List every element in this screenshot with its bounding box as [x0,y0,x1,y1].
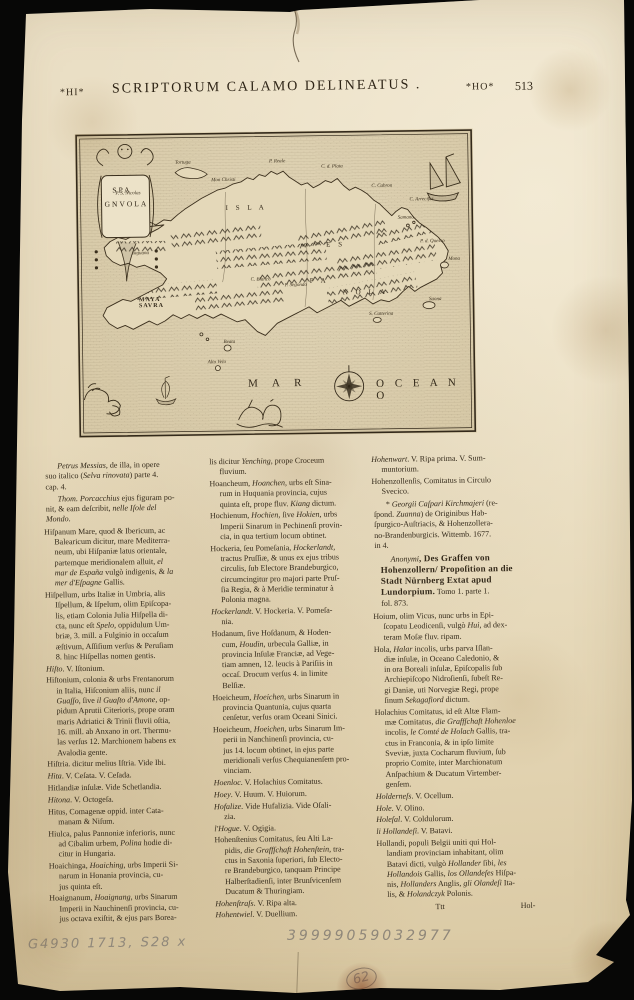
map-label-mar: M A R [248,377,308,390]
map-place-label: Mon Christi [211,178,235,184]
dictionary-entry: Holeſal. V. Coldulorum. [376,813,548,826]
map-place-label: Mona [448,257,460,263]
map-label-isla: I S L A [226,203,267,212]
dictionary-entry: Hoaignanum, Hoaignang, urbs Sinarum Impe… [49,892,209,925]
text-column-3: Hohenwart. V. Ripa prima. V. Sum- muntor… [371,453,550,927]
dictionary-entry: Thom. Porcacchius ejus figuram po- nit, … [44,492,204,525]
dictionary-entry: Hohentwiel. V. Duellium. [215,909,371,921]
dictionary-entry: Hita. V. Ceſata. V. Ceſada. [47,769,207,782]
map-label-pa: P A [310,277,329,285]
header-section-mark-right: *HO* [466,81,495,92]
dictionary-entry: Hitus, Comagenæ oppid. inter Cata- manam… [48,805,208,828]
header-section-mark-left: *HI* [60,87,85,98]
map-place-label: C. Blanco [251,277,271,283]
dictionary-entry: Hockeria, ſeu Pomeſania, Hockerlandt, tr… [210,542,367,606]
dictionary-entry: Hohenſtraſs. V. Ripa alta. [215,897,371,909]
dictionary-entry: lis dicitur Yenching, prope Croceum fluv… [209,455,365,478]
dictionary-entry: Hola, Halar incolis, urbs parva Iſlan- d… [374,642,547,706]
dictionary-entry: Hoium, olim Vicus, nunc urbs in Epi- ſco… [373,610,545,643]
map-place-label: S. Catterina [369,312,393,318]
photo-background: *HI* SCRIPTORUM CALAMO DELINEATUS . *HO*… [0,0,634,1000]
map-place-label: P. Reale [269,159,285,165]
page-number: 513 [515,79,533,94]
dictionary-entry: Hitlandiæ inſulæ. Vide Schetlandia. [48,781,208,794]
dictionary-entry: Hohenzollenſis, Comitatus in Circulo Sve… [371,475,543,498]
map-label-es: E S [326,240,345,248]
map-place-label: Samana [398,215,414,221]
dictionary-entry: Hoancheum, Hoanchen, urbs eſt Sina- rum … [209,477,365,510]
dictionary-entry: Hofalize. Vide Hufalizia. Vide Oſali- zi… [214,800,370,823]
dictionary-entry: Hoenloc. V. Holachius Comitatus. [214,776,370,788]
page-title: SCRIPTORUM CALAMO DELINEATUS . [112,77,422,97]
dictionary-entry: Hiulca, palus Pannoniæ inferioris, nunc … [48,827,208,860]
dictionary-entry: Hoaichinga, Hoaiching, urbs Imperii Si- … [49,859,209,892]
text-column-2: lis dicitur Yenching, prope Croceum fluv… [209,455,372,929]
dictionary-entry: Hiſtonium, colonia & urbs Frentanorum in… [46,674,207,759]
dictionary-entry: Petrus Messias, de illa, in opere suo it… [43,459,203,492]
dictionary-entry: Hiſto. V. Iſtonium. [46,662,206,675]
dictionary-entry: Holderneſs. V. Ocellum. [376,789,548,802]
cartouche-title-line2: GNVOLA [105,199,149,209]
dictionary-entry: Hoeicheum, Hoeichen, urbs Sinarum in pro… [212,691,368,724]
map-place-label: Iaguana [132,251,149,257]
map-place-label: P. Segondo [285,283,307,289]
map-place-label: Tortuga [175,160,191,166]
dictionary-entry: Hohenwart. V. Ripa prima. V. Sum- muntor… [371,453,543,476]
map-place-label: P. d. Quesso [420,239,445,245]
dictionary-entry: Hockerlandt. V. Hockeria. V. Pomeſa- nia… [211,605,367,628]
dictionary-entry: Hitona. V. Octogeſa. [48,793,208,806]
printed-page-content: *HI* SCRIPTORUM CALAMO DELINEATUS . *HO*… [0,0,634,1000]
map-label-oceano: O C E A N O [376,377,476,402]
dictionary-entry: Hochienum, Hochien, ſive Hokien, urbs Im… [210,510,366,543]
dictionary-entry: Hiſpellum, urbs Italiæ in Umbria, alis I… [45,588,206,662]
map-place-label: Alto Velo [208,360,226,366]
dictionary-entry: Holachius Comitatus, id eſt Altæ Flam- m… [375,705,548,790]
map-place-label: Saona [429,297,442,303]
dictionary-entry: Hohenſtenius Comitatus, ſeu Alti La- pid… [214,833,371,897]
annotation-shelfmark: G4930 1713, S28 x [28,935,188,953]
dictionary-entry: li Hollandeſi. V. Batavi. [376,825,548,838]
dictionary-entry: Hiſpanum Mare, quod & Ibericum, ac Balea… [44,525,205,589]
dictionary-entry: Hoey. V. Huum. V. Huiorum. [214,788,370,800]
dictionary-entry: * Georgii Caſpari Kirchmajeri (re- ſpond… [372,497,545,551]
map-place-label: C. d. Plata [321,164,343,170]
map-engraving: SPA GNVOLA I S L A E S P A N O L A MAYA … [75,129,477,439]
text-column-1: Petrus Messias, de illa, in opere suo it… [43,457,210,931]
book-page: *HI* SCRIPTORUM CALAMO DELINEATUS . *HO*… [0,0,634,1000]
dictionary-entry: Anonymi, Des Graffen von Hohenzollern/ P… [372,552,545,609]
map-place-label: C. Cabron [371,184,392,190]
map-label-region: MAYA SAVRA [139,297,164,309]
annotation-barcode-number: 39999059032977 [287,928,454,944]
dictionary-entry: Hiſtria. dicitur melius Iſtria. Vide Ibi… [47,758,207,771]
dictionary-entry: Hole. V. Olino. [376,801,548,814]
map-place-label: Beata [223,340,235,346]
dictionary-entry: Hollandi, populi Belgii uniti qui Hol- l… [376,836,549,900]
map-place-label: P. S. Nicolas [115,191,140,197]
map-label-nola: N O L A [343,288,388,297]
dictionary-entry: Hoeicheum, Hoeichen, urbs Sinarum Im- pe… [213,723,370,777]
signature-line: TttHol- [377,900,549,914]
dictionary-entry: Hodanum, ſive Hoſdanum, & Hoden- cum, Ho… [212,627,369,691]
dictionary-entry: l'Hogue. V. Ogigia. [214,822,370,834]
map-place-label: C. Arrecifes [410,197,434,203]
